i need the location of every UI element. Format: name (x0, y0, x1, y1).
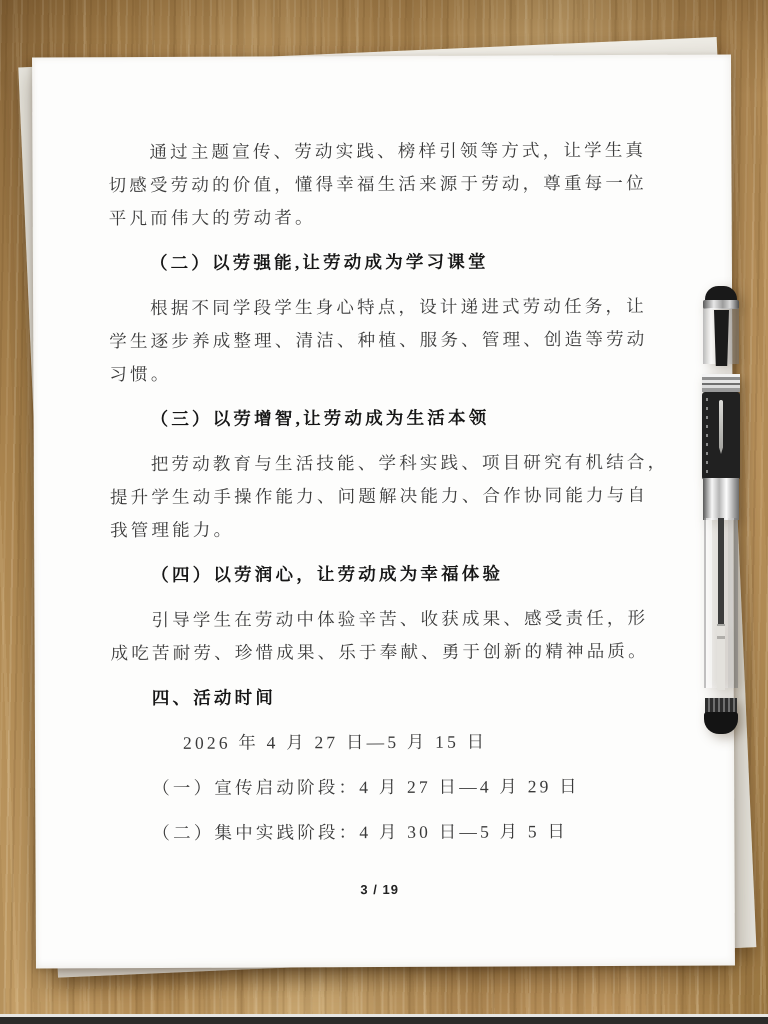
paragraph-line: 我管理能力。 (110, 512, 670, 547)
phase1-line: （一）宣传启动阶段：4 月 27 日—4 月 29 日 (111, 770, 671, 805)
desk-surface: 通过主题宣传、劳动实践、榜样引领等方式，让学生真 切感受劳动的价值，懂得幸福生活… (0, 0, 768, 1024)
heading-text: （二）以劳强能,让劳动成为学习课堂 (109, 245, 669, 280)
page-number: 3 / 19 (112, 881, 648, 899)
paragraph-line: 提升学生动手操作能力、问题解决能力、合作协同能力与自 (110, 479, 670, 514)
gel-pen (702, 286, 740, 734)
pen-clip-tip (719, 400, 723, 454)
section-heading-3: （三）以劳增智,让劳动成为生活本领 (110, 401, 670, 436)
document-body: 通过主题宣传、劳动实践、榜样引领等方式，让学生真 切感受劳动的价值，懂得幸福生活… (108, 134, 671, 899)
paragraph-line: 平凡而伟大的劳动者。 (109, 200, 669, 235)
pen-clip (714, 310, 729, 366)
desk-edge (0, 1014, 768, 1024)
paragraph-line: 学生逐步养成整理、清洁、种植、服务、管理、创造等劳动 (109, 323, 669, 358)
paragraph-line: 习惯。 (109, 356, 669, 391)
paragraph-line: 切感受劳动的价值，懂得幸福生活来源于劳动，尊重每一位 (109, 167, 669, 202)
date-range-line: 2026 年 4 月 27 日—5 月 15 日 (111, 725, 671, 760)
pen-cap-rings (702, 374, 740, 392)
document-page: 通过主题宣传、劳动实践、榜样引领等方式，让学生真 切感受劳动的价值，懂得幸福生活… (32, 54, 735, 968)
heading-text: （四）以劳润心，让劳动成为幸福体验 (110, 557, 670, 592)
pen-refill-tube (717, 624, 725, 690)
paragraph-line: 引导学生在劳动中体验辛苦、收获成果、感受责任，形 (110, 602, 670, 637)
paragraph: 引导学生在劳动中体验辛苦、收获成果、感受责任，形 成吃苦耐劳、珍惜成果、乐于奉献… (110, 602, 670, 670)
paragraph-line: 把劳动教育与生活技能、学科实践、项目研究有机结合， (110, 446, 670, 481)
pen-grip-stitching (706, 398, 708, 474)
pen-clear-barrel (704, 518, 738, 688)
paragraph-line: 成吃苦耐劳、珍惜成果、乐于奉献、勇于创新的精神品质。 (111, 635, 671, 670)
date-range-text: 2026 年 4 月 27 日—5 月 15 日 (111, 725, 671, 760)
pen-grip (702, 392, 740, 480)
phase2-line: （二）集中实践阶段：4 月 30 日—5 月 5 日 (111, 815, 671, 850)
section-heading-2: （二）以劳强能,让劳动成为学习课堂 (109, 245, 669, 280)
section-heading-4: （四）以劳润心，让劳动成为幸福体验 (110, 557, 670, 592)
paragraph: 通过主题宣传、劳动实践、榜样引领等方式，让学生真 切感受劳动的价值，懂得幸福生活… (108, 134, 668, 235)
paragraph-line: 通过主题宣传、劳动实践、榜样引领等方式，让学生真 (108, 134, 668, 169)
pen-ink-refill (718, 518, 724, 624)
heading-text: （三）以劳增智,让劳动成为生活本领 (110, 401, 670, 436)
pen-end-plug (704, 712, 738, 734)
phase1-text: （一）宣传启动阶段：4 月 27 日—4 月 29 日 (111, 770, 671, 805)
paragraph: 把劳动教育与生活技能、学科实践、项目研究有机结合， 提升学生动手操作能力、问题解… (110, 446, 670, 547)
section-heading-5: 四、活动时间 (111, 680, 671, 715)
paragraph-line: 根据不同学段学生身心特点，设计递进式劳动任务，让 (109, 290, 669, 325)
heading-text: 四、活动时间 (111, 680, 671, 715)
pen-chrome-band (703, 478, 739, 520)
paragraph: 根据不同学段学生身心特点，设计递进式劳动任务，让 学生逐步养成整理、清洁、种植、… (109, 290, 669, 391)
phase2-text: （二）集中实践阶段：4 月 30 日—5 月 5 日 (111, 815, 671, 850)
pen-refill-joint (717, 636, 725, 639)
